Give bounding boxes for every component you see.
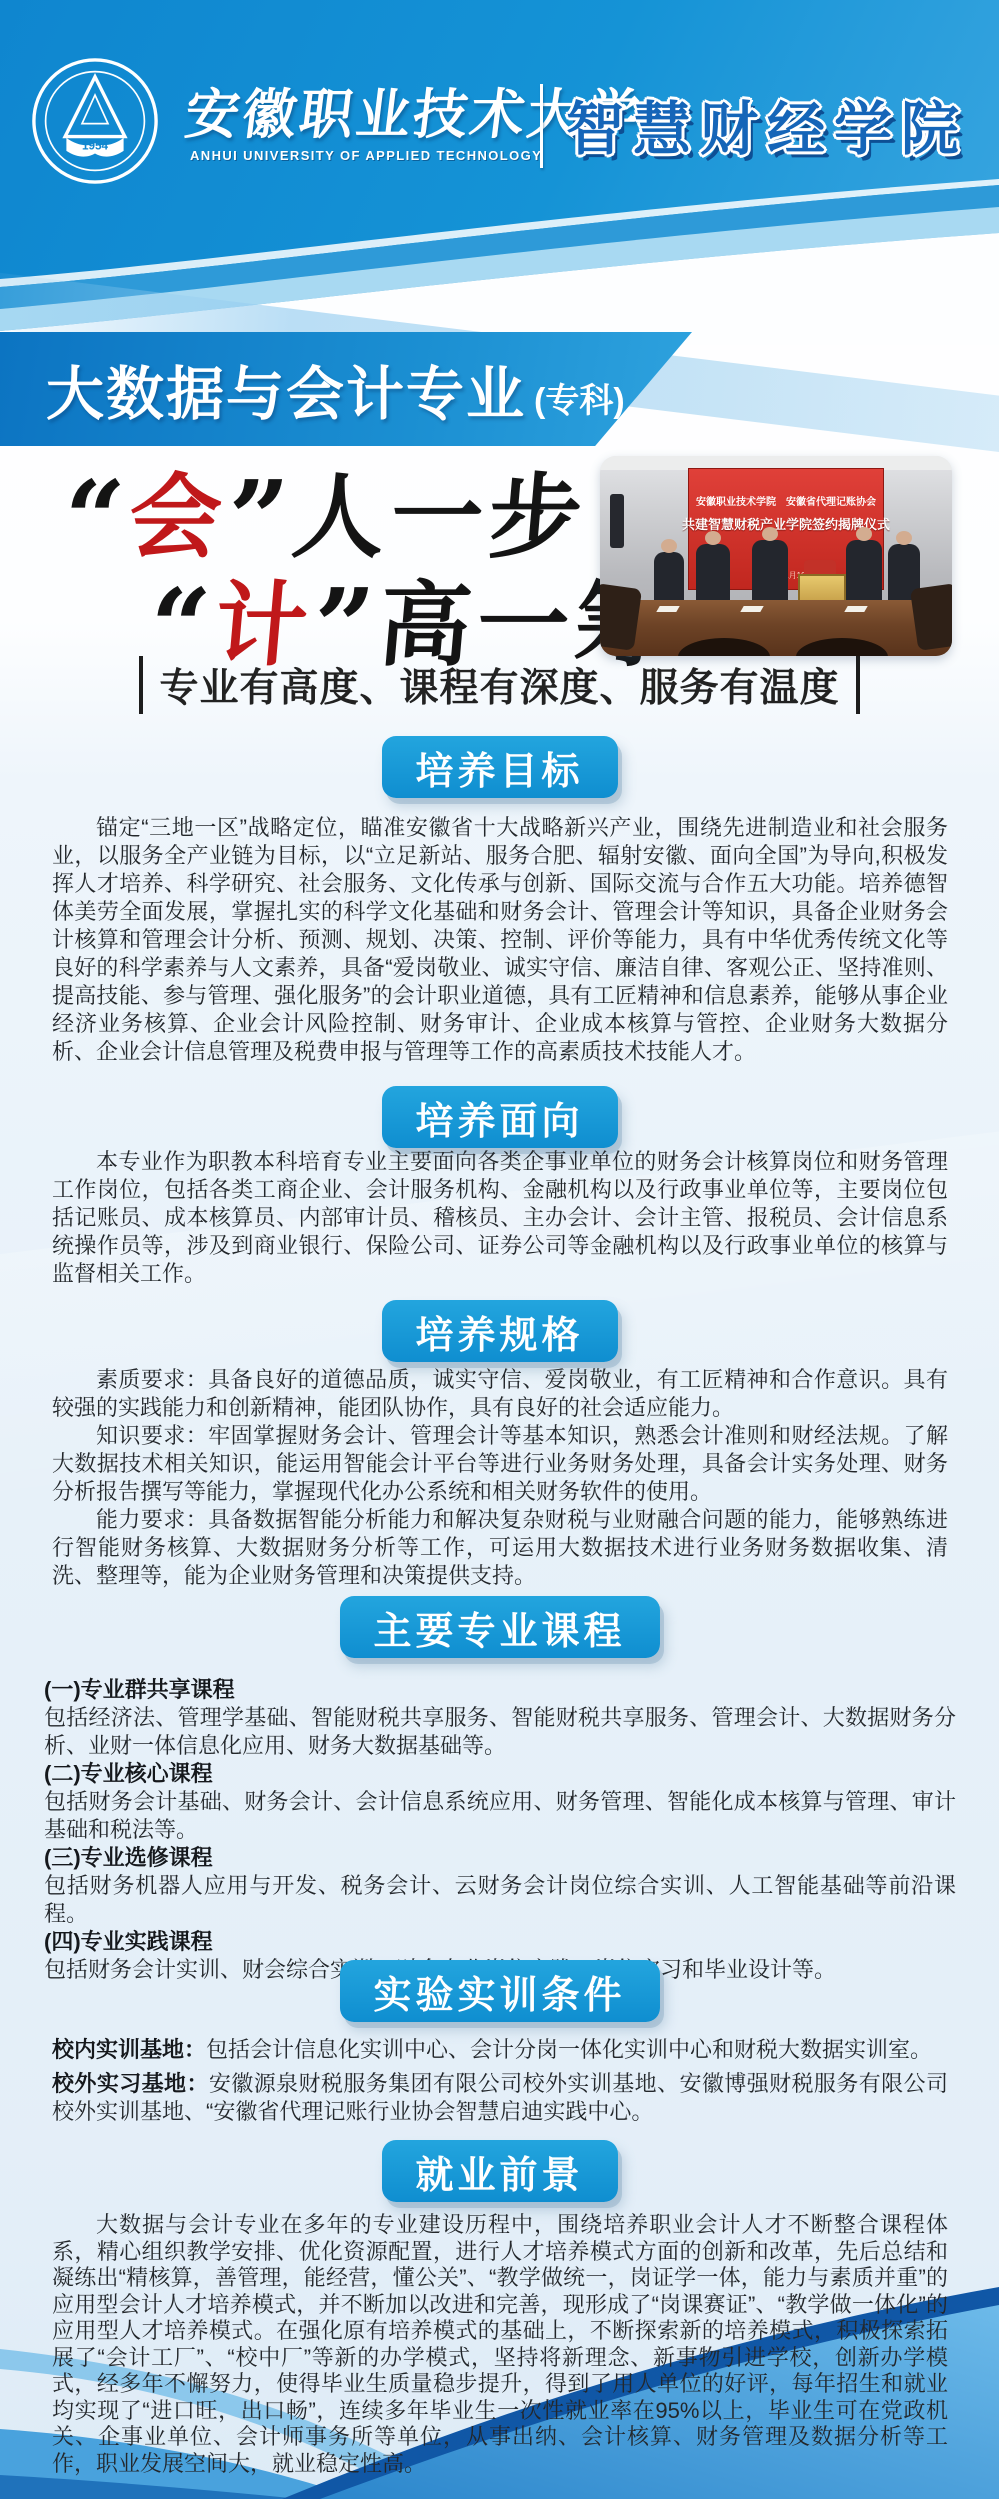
training-body: 校内实训基地：包括会计信息化实训中心、会计分岗一体化实训中心和财税大数据实训室。… — [52, 2036, 948, 2126]
person-head — [896, 531, 912, 545]
chair — [910, 583, 952, 651]
quote-open: “ — [58, 457, 135, 580]
poster: 1954 安徽职业技术大学 ANHUI UNIVERSITY OF APPLIE… — [0, 0, 999, 2499]
course-group-body: 包括经济法、管理学基础、智能财税共享服务、智能财税共享服务、管理会计、大数据财务… — [44, 1704, 956, 1760]
person-head — [661, 539, 677, 553]
tagline-bar-right — [856, 656, 860, 714]
program-title: 大数据与会计专业 — [46, 347, 526, 431]
section-title-career: 就业前景 — [381, 2140, 617, 2202]
tagline-row: 专业有高度、课程有深度、服务有温度 — [0, 656, 999, 714]
section-title-courses: 主要专业课程 — [339, 1596, 659, 1658]
screen-line-1: 安徽职业技术学院 安徽省代理记账协会 — [696, 493, 876, 508]
training-text: 包括会计信息化实训中心、会计分岗一体化实训中心和财税大数据实训室。 — [206, 2037, 932, 2062]
spec-body: 素质要求：具备良好的道德品质，诚实守信、爱岗敬业，有工匠精神和合作意识。具有较强… — [52, 1366, 948, 1590]
header-divider — [540, 84, 543, 168]
person-head — [705, 531, 721, 545]
logo-year: 1954 — [82, 140, 109, 153]
spec-knowledge: 知识要求：牢固掌握财务会计、管理会计等基本知识，熟悉会计准则和财经法规。了解大数… — [52, 1422, 948, 1506]
table-paper — [844, 606, 867, 612]
orientation-body: 本专业作为职教本科培育专业主要面向各类企事业单位的财务会计核算岗位和财务管理工作… — [52, 1148, 948, 1288]
spec-ability: 能力要求：具备数据智能分析能力和解决复杂财税与业财融合问题的能力，能够熟练进行智… — [52, 1506, 948, 1590]
table-paper — [656, 606, 679, 612]
ceremony-photo: 安徽职业技术学院 安徽省代理记账协会 共建智慧财税产业学院签约揭牌仪式 2024… — [600, 456, 952, 656]
program-banner: 大数据与会计专业 (专科) — [0, 332, 692, 446]
section-title-orientation: 培养面向 — [381, 1086, 617, 1148]
photo-speaker — [610, 494, 624, 548]
section-title-spec: 培养规格 — [381, 1300, 617, 1362]
table-paper — [740, 606, 763, 612]
tagline-bar-left — [139, 656, 143, 714]
training-item: 校内实训基地：包括会计信息化实训中心、会计分岗一体化实训中心和财税大数据实训室。 — [52, 2036, 948, 2064]
training-item: 校外实习基地：安徽源泉财税服务集团有限公司校外实训基地、安徽博强财税服务有限公司… — [52, 2070, 948, 2126]
spec-quality: 素质要求：具备良好的道德品质，诚实守信、爱岗敬业，有工匠精神和合作意识。具有较强… — [52, 1366, 948, 1422]
course-group-heading: (四)专业实践课程 — [44, 1928, 956, 1956]
course-group-heading: (一)专业群共享课程 — [44, 1676, 956, 1704]
course-group-body: 包括财务会计基础、财务会计、会计信息系统应用、财务管理、智能化成本核算与管理、审… — [44, 1788, 956, 1844]
course-group-body: 包括财务机器人应用与开发、税务会计、云财务会计岗位综合实训、人工智能基础等前沿课… — [44, 1872, 956, 1928]
course-group-heading: (三)专业选修课程 — [44, 1844, 956, 1872]
conference-table — [600, 600, 952, 656]
goal-body: 锚定“三地一区”战略定位，瞄准安徽省十大战略新兴产业，围绕先进制造业和社会服务业… — [52, 814, 948, 1066]
program-degree-level: (专科) — [534, 373, 625, 422]
training-label: 校外实习基地： — [52, 2071, 209, 2096]
university-logo: 1954 — [30, 56, 160, 186]
section-title-training: 实验实训条件 — [339, 1960, 659, 2022]
tagline-text: 专业有高度、课程有深度、服务有温度 — [159, 657, 839, 713]
person-head — [762, 527, 778, 541]
courses-body: (一)专业群共享课程 包括经济法、管理学基础、智能财税共享服务、智能财税共享服务… — [44, 1676, 956, 1984]
person-head — [856, 527, 872, 541]
college-name: 智慧财经学院 — [566, 82, 968, 166]
training-label: 校内实训基地： — [52, 2037, 206, 2062]
career-body: 大数据与会计专业在多年的专业建设历程中，围绕培养职业会计人才不断整合课程体系，精… — [52, 2212, 948, 2477]
section-title-goal: 培养目标 — [381, 736, 617, 798]
course-group-heading: (二)专业核心课程 — [44, 1760, 956, 1788]
university-name-en: ANHUI UNIVERSITY OF APPLIED TECHNOLOGY — [190, 148, 542, 163]
